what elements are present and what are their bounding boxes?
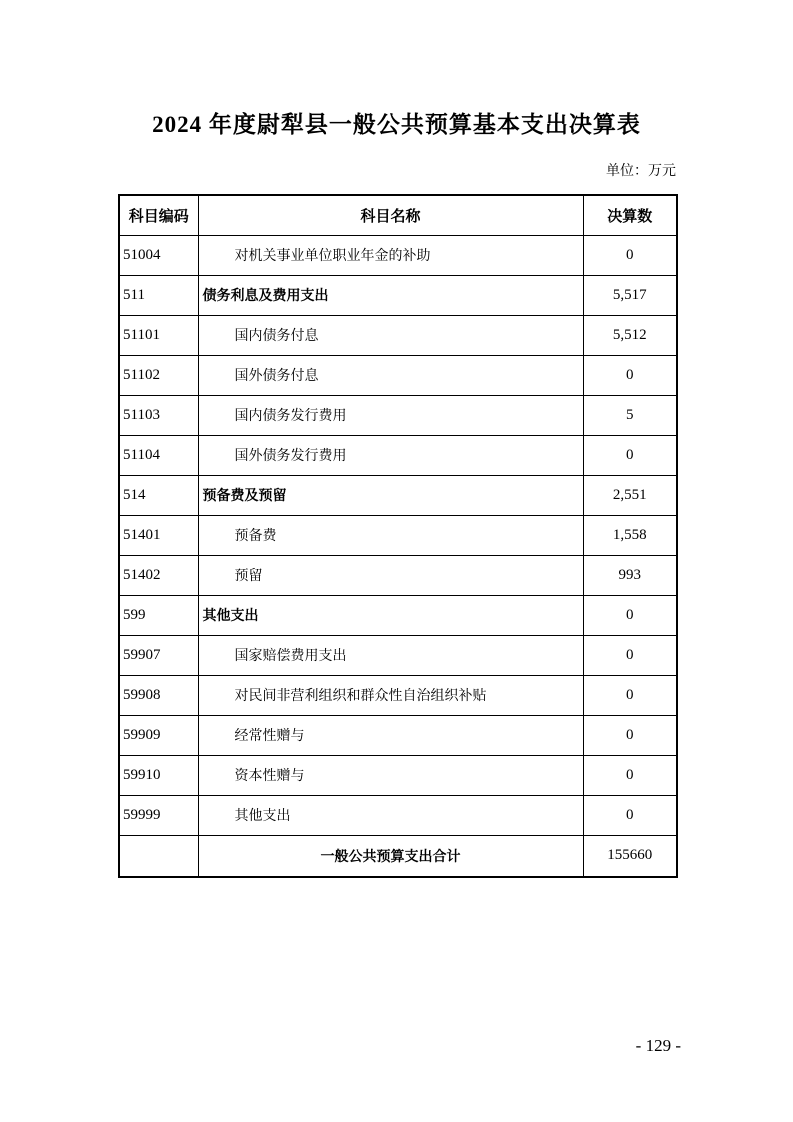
final-amount-cell: 0 xyxy=(583,675,677,715)
subject-name-cell: 经常性赠与 xyxy=(198,715,583,755)
table-row: 51102国外债务付息0 xyxy=(119,355,677,395)
header-subject-code: 科目编码 xyxy=(119,195,198,235)
header-final-amount: 决算数 xyxy=(583,195,677,235)
table-row: 51401预备费1,558 xyxy=(119,515,677,555)
subject-name-cell: 预备费及预留 xyxy=(198,475,583,515)
subject-name-cell: 对民间非营利组织和群众性自治组织补贴 xyxy=(198,675,583,715)
subject-code-cell: 59909 xyxy=(119,715,198,755)
subject-code-cell: 51402 xyxy=(119,555,198,595)
subject-code-cell: 599 xyxy=(119,595,198,635)
subject-code-cell: 511 xyxy=(119,275,198,315)
table-row: 59999其他支出0 xyxy=(119,795,677,835)
subject-name-cell: 对机关事业单位职业年金的补助 xyxy=(198,235,583,275)
subject-name-cell: 国内债务发行费用 xyxy=(198,395,583,435)
subject-name-cell: 其他支出 xyxy=(198,595,583,635)
subject-code-cell: 59999 xyxy=(119,795,198,835)
table-row: 59910资本性赠与0 xyxy=(119,755,677,795)
subject-name-cell: 国外债务发行费用 xyxy=(198,435,583,475)
subject-code-cell: 51401 xyxy=(119,515,198,555)
table-row: 51101国内债务付息5,512 xyxy=(119,315,677,355)
final-amount-cell: 0 xyxy=(583,235,677,275)
unit-label: 单位：万元 xyxy=(606,160,676,180)
table-row: 514预备费及预留2,551 xyxy=(119,475,677,515)
subject-name-cell: 资本性赠与 xyxy=(198,755,583,795)
final-amount-cell: 0 xyxy=(583,595,677,635)
table-row: 51402预留993 xyxy=(119,555,677,595)
page-title: 2024 年度尉犁县一般公共预算基本支出决算表 xyxy=(0,106,793,139)
final-amount-cell: 0 xyxy=(583,635,677,675)
subject-code-cell: 51103 xyxy=(119,395,198,435)
table-row: 599其他支出0 xyxy=(119,595,677,635)
page-number: - 129 - xyxy=(636,1036,681,1056)
final-amount-cell: 155660 xyxy=(583,835,677,877)
subject-name-cell: 一般公共预算支出合计 xyxy=(198,835,583,877)
subject-name-cell: 预留 xyxy=(198,555,583,595)
subject-code-cell: 51101 xyxy=(119,315,198,355)
final-amount-cell: 1,558 xyxy=(583,515,677,555)
header-subject-name: 科目名称 xyxy=(198,195,583,235)
table-row: 51103国内债务发行费用5 xyxy=(119,395,677,435)
subject-code-cell xyxy=(119,835,198,877)
table-row: 59909经常性赠与0 xyxy=(119,715,677,755)
final-amount-cell: 0 xyxy=(583,435,677,475)
subject-code-cell: 51004 xyxy=(119,235,198,275)
subject-name-cell: 国内债务付息 xyxy=(198,315,583,355)
subject-code-cell: 59907 xyxy=(119,635,198,675)
table-header-row: 科目编码 科目名称 决算数 xyxy=(119,195,677,235)
final-amount-cell: 5 xyxy=(583,395,677,435)
subject-code-cell: 59910 xyxy=(119,755,198,795)
table-row: 59908对民间非营利组织和群众性自治组织补贴0 xyxy=(119,675,677,715)
budget-table: 科目编码 科目名称 决算数 51004对机关事业单位职业年金的补助0511债务利… xyxy=(118,194,678,878)
final-amount-cell: 2,551 xyxy=(583,475,677,515)
table-row: 511债务利息及费用支出5,517 xyxy=(119,275,677,315)
table-row: 一般公共预算支出合计155660 xyxy=(119,835,677,877)
subject-name-cell: 债务利息及费用支出 xyxy=(198,275,583,315)
subject-code-cell: 51102 xyxy=(119,355,198,395)
final-amount-cell: 5,517 xyxy=(583,275,677,315)
subject-code-cell: 51104 xyxy=(119,435,198,475)
final-amount-cell: 993 xyxy=(583,555,677,595)
subject-code-cell: 59908 xyxy=(119,675,198,715)
final-amount-cell: 0 xyxy=(583,355,677,395)
table-row: 51004对机关事业单位职业年金的补助0 xyxy=(119,235,677,275)
subject-name-cell: 国家赔偿费用支出 xyxy=(198,635,583,675)
final-amount-cell: 0 xyxy=(583,795,677,835)
subject-name-cell: 预备费 xyxy=(198,515,583,555)
final-amount-cell: 5,512 xyxy=(583,315,677,355)
document-page: 2024 年度尉犁县一般公共预算基本支出决算表 单位：万元 科目编码 科目名称 … xyxy=(0,0,793,1122)
final-amount-cell: 0 xyxy=(583,755,677,795)
table-body: 51004对机关事业单位职业年金的补助0511债务利息及费用支出5,517511… xyxy=(119,235,677,877)
table-row: 51104国外债务发行费用0 xyxy=(119,435,677,475)
final-amount-cell: 0 xyxy=(583,715,677,755)
subject-name-cell: 国外债务付息 xyxy=(198,355,583,395)
table-row: 59907国家赔偿费用支出0 xyxy=(119,635,677,675)
subject-name-cell: 其他支出 xyxy=(198,795,583,835)
subject-code-cell: 514 xyxy=(119,475,198,515)
